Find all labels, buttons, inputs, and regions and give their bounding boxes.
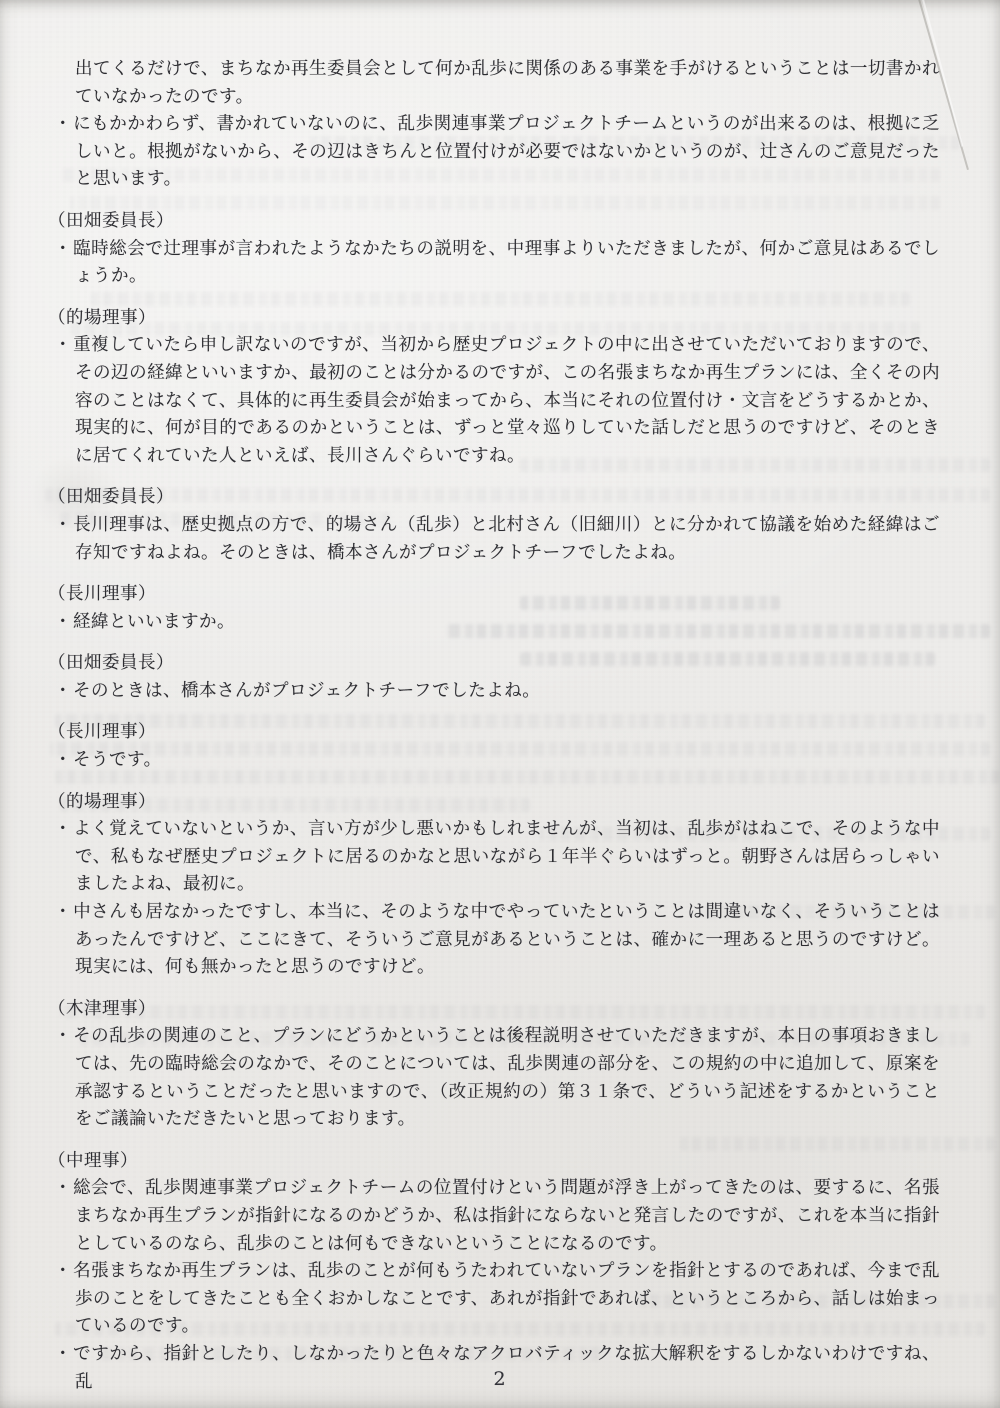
speaker-label: （木津理事） [48,996,940,1024]
bullet-icon: ・ [54,1344,72,1364]
block-text: 臨時総会で辻理事が言われたようなかたちの説明を、中理事よりいただきましたが、何か… [73,239,940,287]
speaker-label: （長川理事） [48,581,940,609]
paragraph: ・総会で、乱歩関連事業プロジェクトチームの位置付けという問題が浮き上がってきたの… [54,1175,940,1258]
bullet-icon: ・ [54,902,72,922]
bullet-icon: ・ [54,114,72,134]
paragraph: ・そうです。 [54,747,940,775]
block-text: 長川理事は、歴史拠点の方で、的場さん（乱歩）と北村さん（旧細川）とに分かれて協議… [73,515,940,563]
block-text: そうです。 [73,750,162,770]
speaker-label: （田畑委員長） [48,208,940,236]
block-text: よく覚えていないというか、言い方が少し悪いかもしれませんが、当初は、乱歩がはねこ… [73,819,940,894]
speaker-label: （田畑委員長） [48,484,940,512]
block-text: にもかかわらず、書かれていないのに、乱歩関連事業プロジェクトチームというのが出来… [73,114,940,189]
paragraph: ・にもかかわらず、書かれていないのに、乱歩関連事業プロジェクトチームというのが出… [54,111,940,194]
block-text: （田畑委員長） [48,653,174,673]
paragraph: ・臨時総会で辻理事が言われたようなかたちの説明を、中理事よりいただきましたが、何… [54,236,940,291]
speaker-label: （的場理事） [48,789,940,817]
block-text: （田畑委員長） [48,487,174,507]
bullet-icon: ・ [54,681,72,701]
document-body: 出てくるだけで、まちなか再生委員会として何か乱歩に関係のある事業を手がけるという… [48,56,940,1396]
bullet-icon: ・ [54,1261,72,1281]
scanned-page: 出てくるだけで、まちなか再生委員会として何か乱歩に関係のある事業を手がけるという… [0,0,1000,1408]
block-text: （木津理事） [48,999,156,1019]
block-text: そのときは、橋本さんがプロジェクトチーフでしたよね。 [73,681,540,701]
block-text: （的場理事） [48,308,156,328]
bullet-icon: ・ [54,750,72,770]
bullet-icon: ・ [54,612,72,632]
block-text: 総会で、乱歩関連事業プロジェクトチームの位置付けという問題が浮き上がってきたのは… [73,1178,940,1253]
block-text: 名張まちなか再生プランは、乱歩のことが何もうたわれていないプランを指針とするので… [73,1261,940,1336]
paragraph: ・長川理事は、歴史拠点の方で、的場さん（乱歩）と北村さん（旧細川）とに分かれて協… [54,512,940,567]
paragraph: ・中さんも居なかったですし、本当に、そのような中でやっていたということは間違いな… [54,899,940,982]
bullet-icon: ・ [54,819,72,839]
bullet-icon: ・ [54,515,72,535]
paragraph: ・経緯といいますか。 [54,609,940,637]
paragraph: 出てくるだけで、まちなか再生委員会として何か乱歩に関係のある事業を手がけるという… [75,56,940,111]
page-number: 2 [0,1368,1000,1390]
block-text: （的場理事） [48,792,156,812]
block-text: 中さんも居なかったですし、本当に、そのような中でやっていたということは間違いなく… [73,902,940,977]
block-text: 経緯といいますか。 [73,612,235,632]
block-text: （長川理事） [48,584,156,604]
paragraph: ・重複していたら申し訳ないのですが、当初から歴史プロジェクトの中に出させていただ… [54,332,940,470]
speaker-label: （中理事） [48,1148,940,1176]
block-text: （中理事） [48,1151,138,1171]
bullet-icon: ・ [54,1178,72,1198]
speaker-label: （長川理事） [48,719,940,747]
block-text: （長川理事） [48,722,156,742]
bullet-icon: ・ [54,239,72,259]
paragraph: ・そのときは、橋本さんがプロジェクトチーフでしたよね。 [54,678,940,706]
block-text: 重複していたら申し訳ないのですが、当初から歴史プロジェクトの中に出させていただい… [73,335,940,465]
block-text: 出てくるだけで、まちなか再生委員会として何か乱歩に関係のある事業を手がけるという… [75,59,940,107]
paragraph: ・名張まちなか再生プランは、乱歩のことが何もうたわれていないプランを指針とするの… [54,1258,940,1341]
bullet-icon: ・ [54,335,72,355]
speaker-label: （田畑委員長） [48,650,940,678]
paragraph: ・よく覚えていないというか、言い方が少し悪いかもしれませんが、当初は、乱歩がはね… [54,816,940,899]
speaker-label: （的場理事） [48,305,940,333]
block-text: （田畑委員長） [48,211,174,231]
bullet-icon: ・ [54,1026,72,1046]
block-text: その乱歩の関連のこと、プランにどうかということは後程説明させていただきますが、本… [73,1026,940,1129]
paragraph: ・その乱歩の関連のこと、プランにどうかということは後程説明させていただきますが、… [54,1023,940,1133]
